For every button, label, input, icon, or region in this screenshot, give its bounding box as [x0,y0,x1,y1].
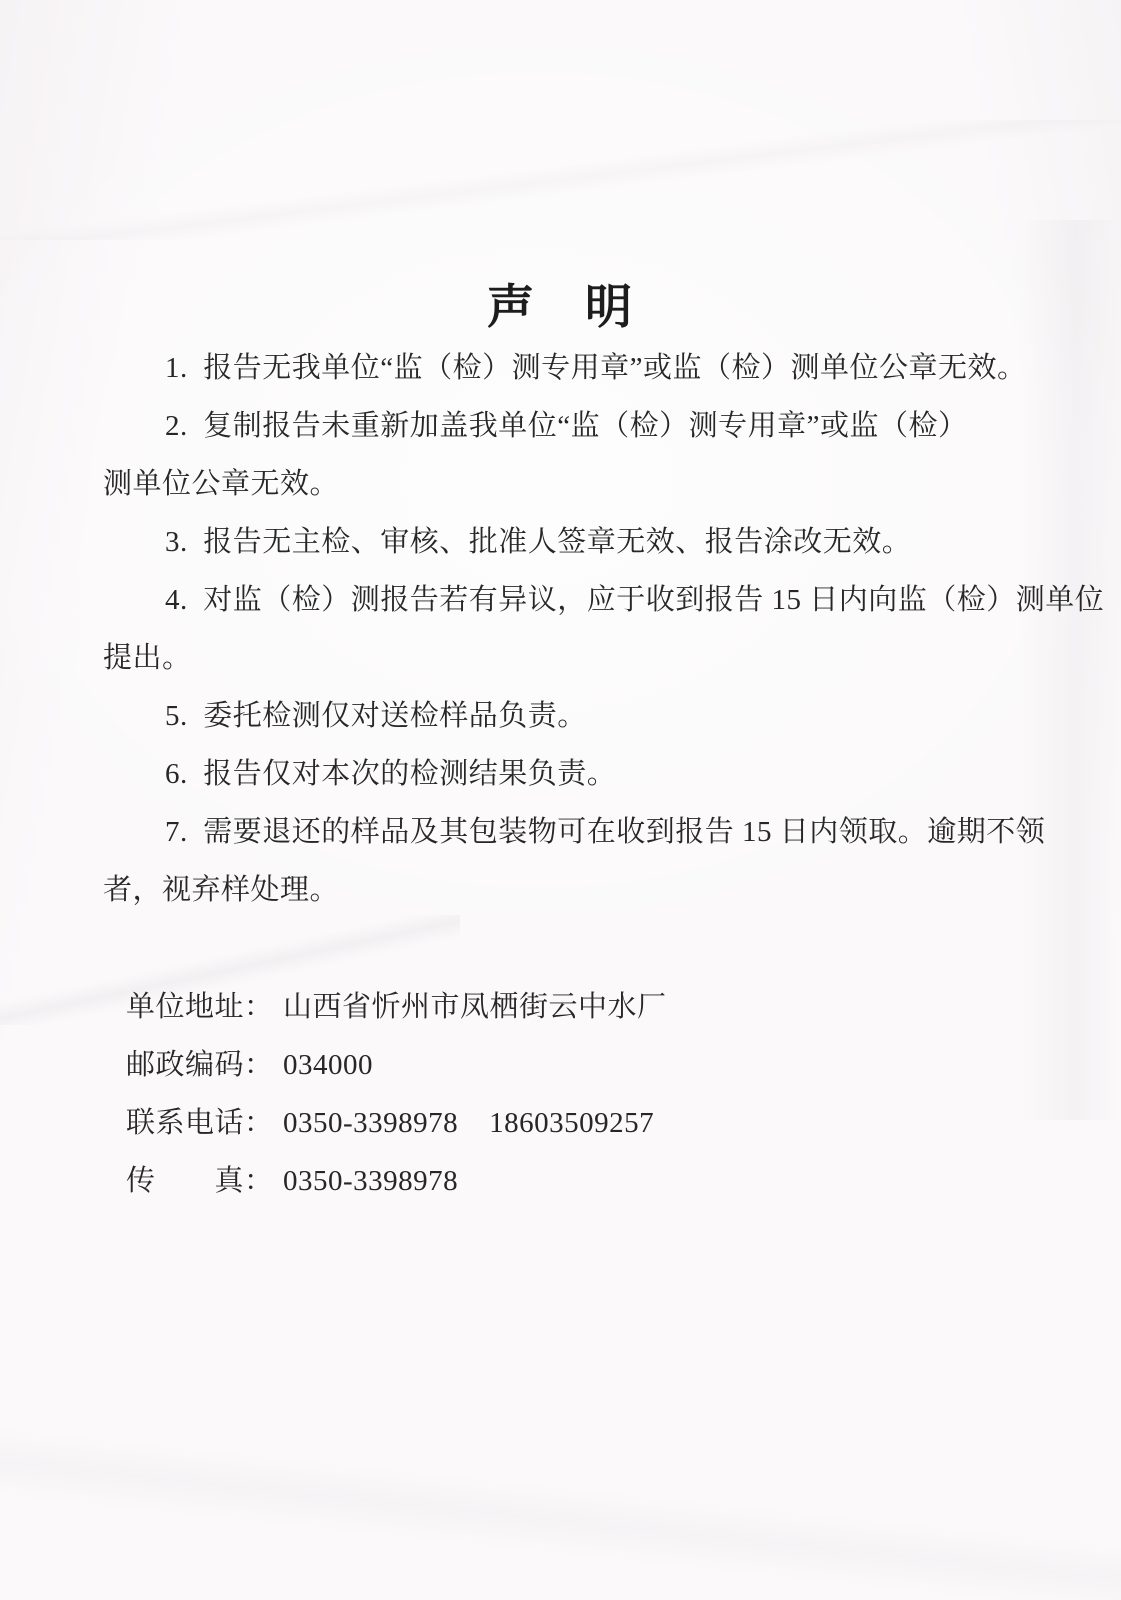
contact-value-fax: 0350-3398978 [283,1165,458,1197]
contact-label-postcode: 邮政编码： [126,1036,283,1094]
statement-item-4-continued: 提出。 [103,629,1117,687]
scanned-statement-page: 声 明 1. 报告无我单位“监（检）测专用章”或监（检）测单位公章无效。 2. … [0,0,1121,1600]
contact-label-fax: 传 真： [126,1152,283,1210]
contact-label-phone: 联系电话： [126,1094,283,1152]
contact-row-address: 单位地址：山西省忻州市凤栖街云中水厂 [126,978,667,1036]
statement-item-2-continued: 测单位公章无效。 [103,455,1117,513]
contact-value-address: 山西省忻州市凤栖街云中水厂 [283,991,667,1023]
statement-item-7-continued: 者，视弃样处理。 [103,861,1117,919]
contact-label-address: 单位地址： [126,978,283,1036]
statement-item-4: 4. 对监（检）测报告若有异议，应于收到报告 15 日内向监（检）测单位 [103,571,1117,629]
contact-value-postcode: 034000 [283,1049,373,1081]
contact-row-phone: 联系电话：0350-3398978 18603509257 [126,1094,667,1152]
contact-row-fax: 传 真：0350-3398978 [126,1152,667,1210]
statement-item-6: 6. 报告仅对本次的检测结果负责。 [103,745,1117,803]
statement-body: 1. 报告无我单位“监（检）测专用章”或监（检）测单位公章无效。 2. 复制报告… [103,339,1117,919]
statement-item-5: 5. 委托检测仅对送检样品负责。 [103,687,1117,745]
contact-value-phone: 0350-3398978 18603509257 [283,1107,654,1139]
statement-item-3: 3. 报告无主检、审核、批准人签章无效、报告涂改无效。 [103,513,1117,571]
statement-item-2: 2. 复制报告未重新加盖我单位“监（检）测专用章”或监（检） [103,397,1117,455]
paper-crease [0,120,1121,240]
contact-row-postcode: 邮政编码：034000 [126,1036,667,1094]
contact-info: 单位地址：山西省忻州市凤栖街云中水厂 邮政编码：034000 联系电话：0350… [126,978,667,1210]
statement-item-1: 1. 报告无我单位“监（检）测专用章”或监（检）测单位公章无效。 [103,339,1117,397]
page-title: 声 明 [0,281,1121,333]
paper-crease [0,1430,1121,1600]
statement-item-7: 7. 需要退还的样品及其包装物可在收到报告 15 日内领取。逾期不领 [103,803,1117,861]
